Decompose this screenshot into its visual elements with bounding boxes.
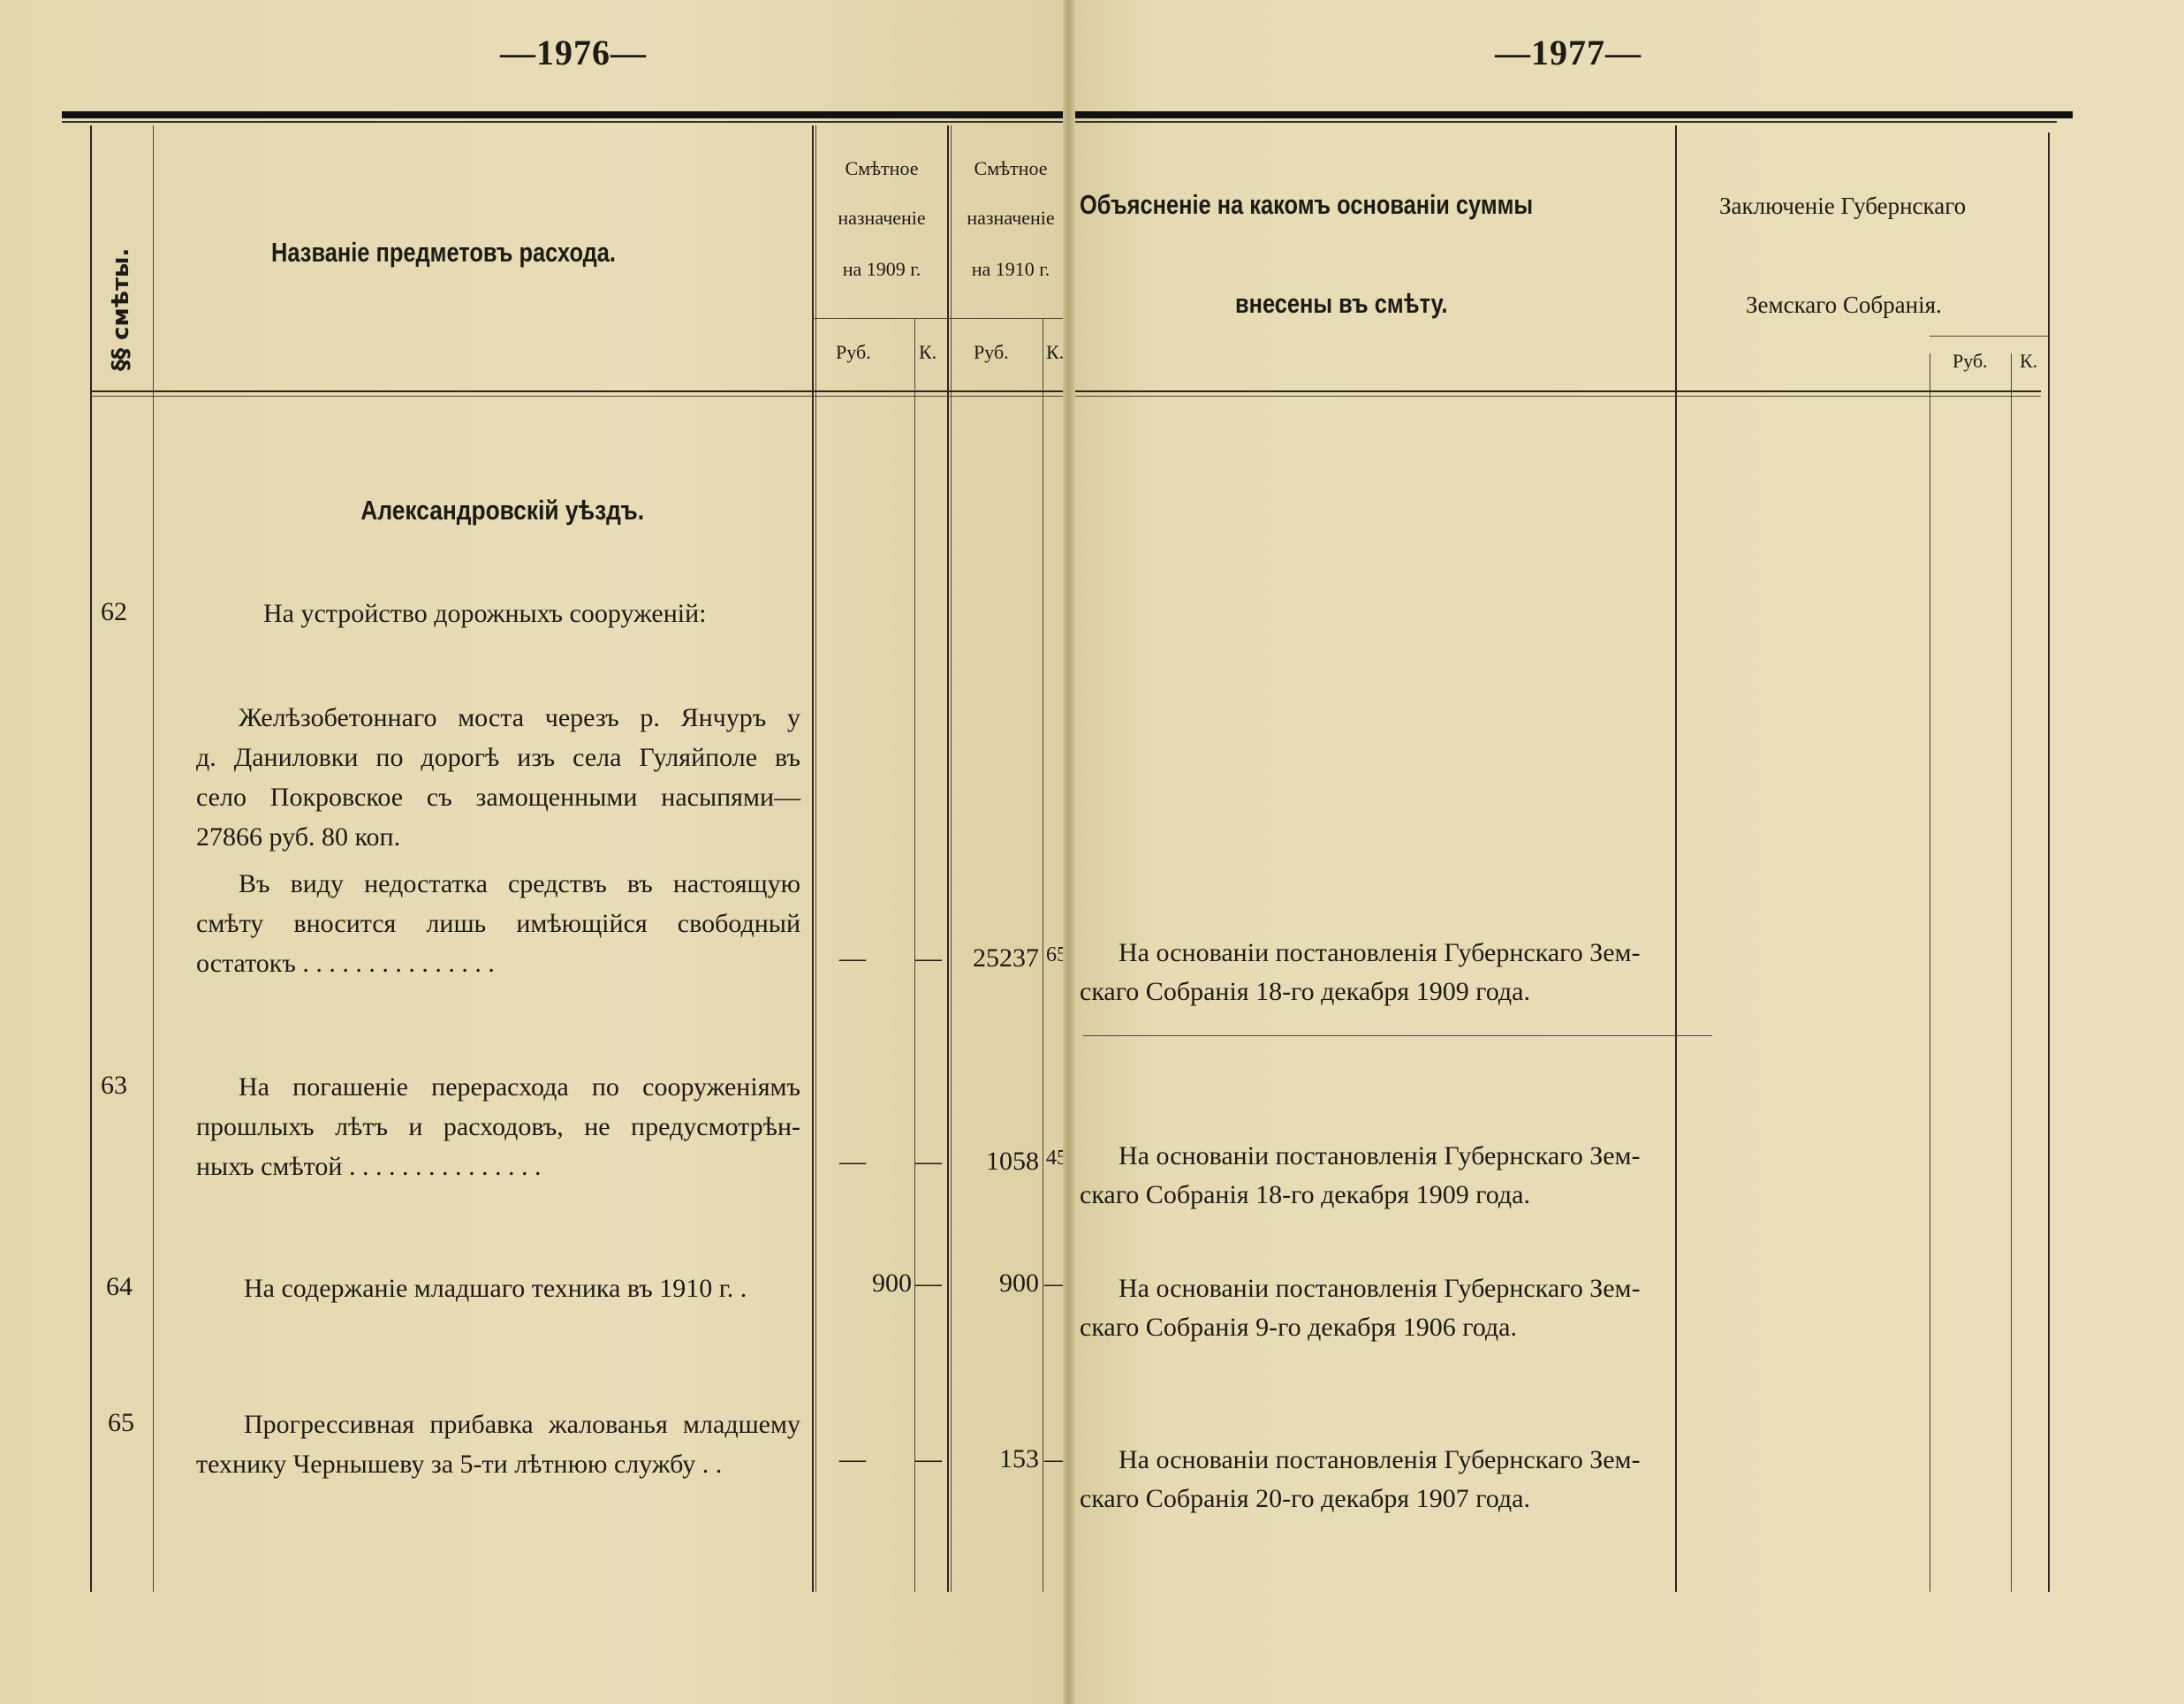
left-page: —1976— §§ смѣты. Названіе предметовъ рас…: [0, 0, 1069, 1704]
separator-line: [1083, 1035, 1712, 1036]
explanation-64-l1: На основаніи постановленія Губернскаго З…: [1119, 1269, 1641, 1308]
row-63-l3: ныхъ смѣтой . . . . . . . . . . . . . . …: [196, 1147, 541, 1186]
row-62-para2-l1: Въ виду недостатка средствъ въ настоящую: [239, 864, 800, 904]
district-heading: Александровскій уѣздъ.: [360, 495, 644, 526]
header-kop: К.: [2020, 350, 2037, 373]
row-64-kop-1910: —: [1044, 1269, 1062, 1299]
header-1910-l2: назначеніе: [952, 207, 1069, 230]
row-62-para1-l4: 27866 руб. 80 коп.: [196, 817, 400, 857]
header-item-name: Названіе предметовъ расхода.: [271, 237, 616, 269]
row-63-l1: На погашеніе перерасхода по сооруженіямъ: [239, 1067, 800, 1107]
col-divider: [812, 125, 814, 1592]
row-62-para2-l3: остатокъ . . . . . . . . . . . . . . .: [196, 943, 495, 983]
header-explanation-l2: внесены въ смѣту.: [1235, 288, 1448, 320]
row-63-rub-1910: 1058: [954, 1147, 1039, 1177]
col-divider: [951, 125, 952, 1592]
header-kop-1909: К.: [919, 341, 937, 364]
row-64-number: 64: [106, 1272, 133, 1302]
page-number-right: —1977—: [1495, 32, 1642, 73]
row-62-para1-l1: Желѣзобетоннаго моста черезъ р. Янчуръ у: [239, 698, 800, 738]
top-rule: [1069, 111, 2073, 118]
row-65-kop-1910: —: [1044, 1444, 1062, 1474]
row-65-rub-1910: 153: [954, 1444, 1039, 1474]
header-kop-1910: К.: [1046, 341, 1064, 364]
row-64-rub-1909: 900: [848, 1269, 912, 1299]
header-rub-1909: Руб.: [836, 341, 871, 364]
explanation-64-l2: скаго Собранія 9-го декабря 1906 года.: [1080, 1307, 1517, 1347]
row-62-para1-l3: село Покровское съ замощенными насыпями—: [196, 777, 800, 817]
subheader-line: [1930, 336, 2048, 337]
header-bottom-rule: [1069, 390, 2041, 392]
header-1910-l1: Смѣтное: [952, 157, 1069, 180]
col-divider: [1043, 318, 1043, 1592]
row-65-l1: Прогрессивная прибавка жалованья младшем…: [244, 1405, 800, 1444]
subheader-line: [813, 318, 1069, 319]
header-1909-l1: Смѣтное: [818, 157, 945, 180]
row-62-title: На устройство дорожныхъ сооруженій:: [263, 594, 707, 633]
right-page: —1977— Объясненіе на какомъ основаніи су…: [1069, 0, 2184, 1704]
page-number-left: —1976—: [500, 32, 647, 73]
header-1910-l3: на 1910 г.: [952, 258, 1069, 281]
row-62-rub-1910: 25237: [954, 943, 1039, 973]
header-rub-1910: Руб.: [974, 341, 1009, 364]
top-rule: [62, 111, 1069, 118]
table-right-border: [2048, 133, 2050, 1592]
header-1909-l2: назначеніе: [818, 207, 945, 230]
explanation-63-l1: На основаніи постановленія Губернскаго З…: [1119, 1136, 1641, 1176]
row-65-number: 65: [108, 1408, 134, 1438]
row-65-rub-1909: —: [830, 1444, 866, 1474]
explanation-62-l1: На основаніи постановленія Губернскаго З…: [1119, 933, 1641, 973]
header-conclusion-l2: Земскаго Собранія.: [1746, 292, 1942, 319]
row-62-para1-l2: д. Даниловки по дорогѣ изъ села Гуляйпол…: [196, 738, 800, 777]
top-rule-thin: [62, 121, 1069, 123]
col-divider: [1675, 125, 1677, 1592]
row-63-kop-1909: —: [915, 1147, 942, 1177]
header-1909-l3: на 1909 г.: [818, 258, 945, 281]
row-62-kop-1909: —: [915, 943, 942, 973]
explanation-63-l2: скаго Собранія 18-го декабря 1909 года.: [1080, 1175, 1530, 1215]
row-65-l2: технику Чернышеву за 5-ти лѣтнюю службу …: [196, 1444, 722, 1484]
row-65-kop-1909: —: [915, 1444, 942, 1474]
top-rule-thin: [1069, 121, 2057, 123]
col-divider: [815, 125, 816, 1592]
col-divider: [947, 125, 949, 1592]
header-bottom-rule-thin: [90, 396, 1069, 397]
col-divider: [153, 125, 154, 1592]
row-64-rub-1910: 900: [954, 1269, 1039, 1299]
book-gutter: [1063, 0, 1075, 1704]
table-left-border: [90, 125, 92, 1592]
header-rub: Руб.: [1953, 350, 1988, 373]
col-divider: [1930, 353, 1930, 1592]
header-bottom-rule-thin: [1069, 396, 2041, 397]
row-63-l2: прошлыхъ лѣтъ и расходовъ, не предусмотр…: [196, 1107, 800, 1147]
header-explanation-l1: Объясненіе на какомъ основаніи суммы: [1080, 189, 1533, 221]
row-62-rub-1909: —: [830, 943, 866, 973]
header-bottom-rule: [90, 390, 1069, 392]
header-conclusion-l1: Заключеніе Губернскаго: [1719, 193, 1966, 220]
row-63-number: 63: [101, 1071, 127, 1101]
explanation-65-l1: На основаніи постановленія Губернскаго З…: [1119, 1440, 1641, 1480]
row-64-kop-1909: —: [915, 1269, 942, 1299]
row-64-l1: На содержаніе младшаго техника въ 1910 г…: [244, 1269, 747, 1308]
explanation-62-l2: скаго Собранія 18-го декабря 1909 года.: [1080, 972, 1530, 1011]
header-section-no: §§ смѣты.: [108, 248, 134, 371]
col-divider: [2011, 353, 2012, 1592]
row-62-number: 62: [101, 597, 127, 627]
row-62-para2-l2: смѣту вносится лишь имѣющійся свободный: [196, 904, 800, 943]
explanation-65-l2: скаго Собранія 20-го декабря 1907 года.: [1080, 1479, 1530, 1518]
row-63-rub-1909: —: [830, 1147, 866, 1177]
